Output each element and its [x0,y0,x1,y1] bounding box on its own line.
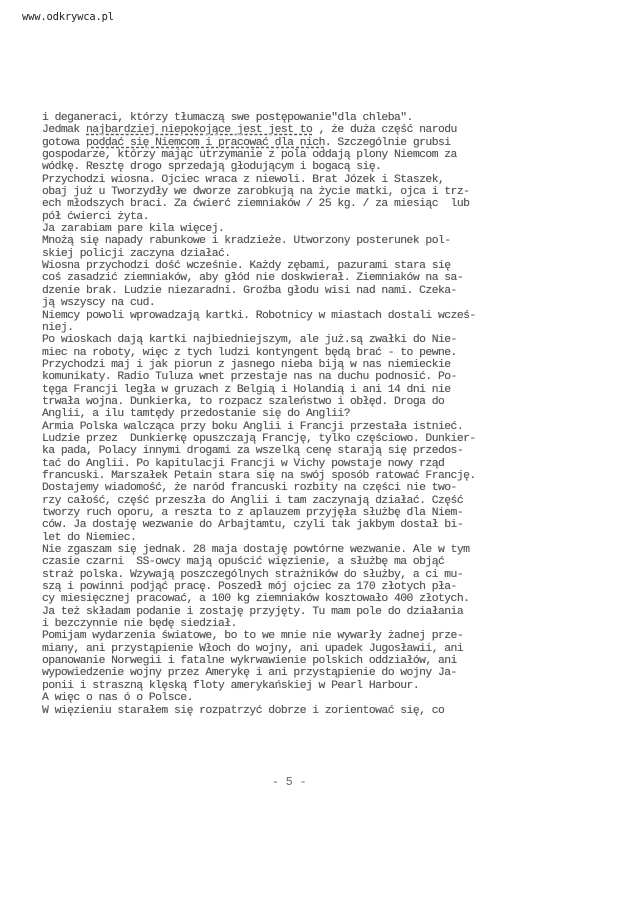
text-line: Ja też składam podanie i zostaję przyjęt… [42,606,632,618]
text-line: Przychodzi maj i jak piorun z jasnego ni… [42,359,632,371]
text-line: niej. [42,322,632,334]
text-line: czasie czarni SS-owcy mają opuścić więzi… [42,556,632,568]
text-line: Jedmak najbardziej niepokojące jest jest… [42,124,632,136]
text-line: ech młodszych braci. Za ćwierć ziemniakó… [42,198,632,210]
website-watermark: www.odkrywca.pl [22,11,114,23]
text-line: Ja zarabiam pare kila więcej. [42,223,632,235]
text-line: Pomijam wydarzenia światowe, bo to we mn… [42,630,632,642]
text-line: let do Niemiec. [42,532,632,544]
text-line: Wiosna przychodzi dość wcześnie. Każdy z… [42,260,632,272]
text-line: dzenie brak. Ludzie niezaradni. Groźba g… [42,285,632,297]
text-line: cy miesięcznej pracować, a 100 kg ziemni… [42,593,632,605]
page-number: - 5 - [272,776,307,789]
text-line: wódkę. Resztę drogo sprzedają głodującym… [42,161,632,173]
text-line: komunikaty. Radio Tuluza wnet przestaje … [42,371,632,383]
text-line: Dostajemy wiadomość, że naród francuski … [42,482,632,494]
text-line: tać do Anglii. Po kapitulacji Francji w … [42,458,632,470]
text-line: skiej policji zaczyna działać. [42,248,632,260]
text-line: Mnożą się napady rabunkowe i kradzieże. … [42,235,632,247]
text-line: Niemcy powoli wprowadzają kartki. Robotn… [42,310,632,322]
underlined-text: najbardziej niepokojące jest jest to [86,124,312,136]
text-line: ka pada, Polacy innymi drogami za wszelk… [42,445,632,457]
text-line: Przychodzi wiosna. Ojciec wraca z niewol… [42,174,632,186]
text-line: Armia Polska walcząca przy boku Anglii i… [42,421,632,433]
text-line: miec na roboty, więc z tych ludzi kontyn… [42,347,632,359]
typewritten-page: i deganeraci, którzy tłumaczą swe postęp… [42,112,632,717]
text-line: gotowa poddać się Niemcom i pracować dla… [42,137,632,149]
text-line: opanowanie Norwegii i fatalne wykrwawien… [42,655,632,667]
text-line: francuski. Marszałek Petain stara się na… [42,470,632,482]
text-line: tworzy ruch oporu, a reszta to z aplauze… [42,507,632,519]
text-line: rzy całość, część przeszła do Anglii i t… [42,495,632,507]
text-line: ją wszyscy na cud. [42,297,632,309]
text-line: miany, ani przystąpienie Włoch do wojny,… [42,643,632,655]
text-line: i deganeraci, którzy tłumaczą swe postęp… [42,112,632,124]
text-line: gospodarze, którzy mając utrzymanie z po… [42,149,632,161]
text-line: Po wioskach dają kartki najbiedniejszym,… [42,334,632,346]
text-line: coś zasadzić ziemniaków, aby głód nie do… [42,272,632,284]
text-line: straż polska. Wzywają poszczególnych str… [42,569,632,581]
text-line: trwała wojna. Dunkierka, to rozpacz szal… [42,396,632,408]
text-line: ców. Ja dostaję wezwanie do Arbajtamtu, … [42,519,632,531]
text-line: szą i powinni podjąć pracę. Poszedł mój … [42,581,632,593]
text-line: pół ćwierci żyta. [42,211,632,223]
text-line: ponii i straszną klęską floty amerykańsk… [42,680,632,692]
underlined-text: poddać się Niemcom i pracować dla nich [86,137,325,149]
text-line: Anglii, a ilu tamtędy przedostanie się d… [42,408,632,420]
text-line: i bezczynnie nie będę siedział. [42,618,632,630]
text-line: Ludzie przez Dunkierkę opuszczają Francj… [42,433,632,445]
text-line: wypowiedzenie wojny przez Amerykę i ani … [42,667,632,679]
text-line: A więc o nas ó o Polsce. [42,692,632,704]
text-line: Nie zgaszam się jednak. 28 maja dostaję … [42,544,632,556]
text-line: obaj już u Tworzydły we dworze zarobkują… [42,186,632,198]
text-line: tęga Francji legła w gruzach z Belgią i … [42,384,632,396]
text-line: W więzieniu starałem się rozpatrzyć dobr… [42,705,632,717]
